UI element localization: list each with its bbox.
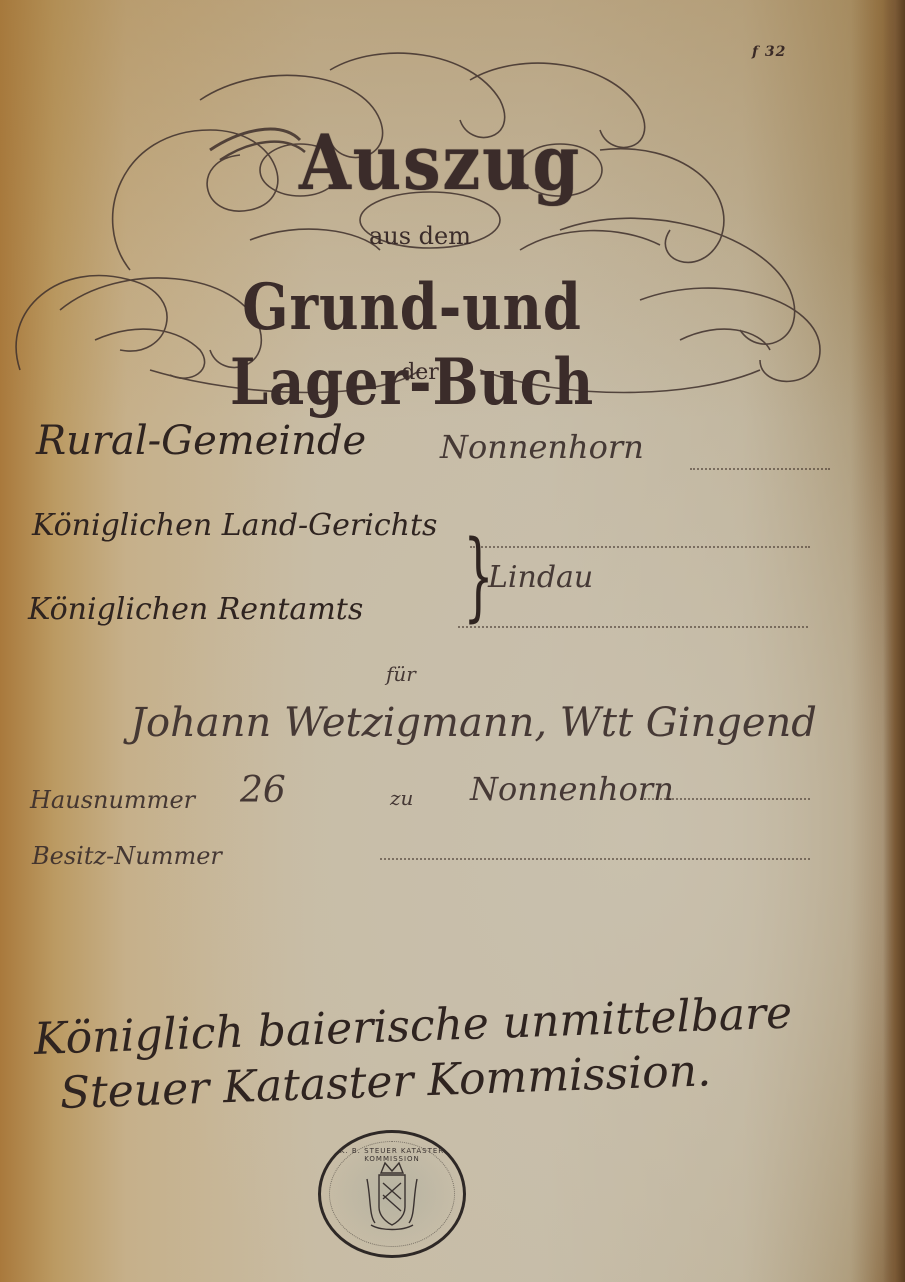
coat-of-arms-icon — [361, 1159, 423, 1235]
official-seal: K. B. STEUER KATASTER KOMMISSION — [318, 1130, 466, 1258]
municipality-label: Rural-Gemeinde — [36, 418, 366, 464]
municipality-dotted-line — [690, 468, 830, 470]
owner-name: Johann Wetzigmann, Wtt Gingend — [130, 700, 817, 746]
house-number-dotted-line — [640, 798, 810, 800]
rent-office-dotted-line — [458, 626, 808, 628]
for-label: für — [386, 662, 416, 686]
municipality-value: Nonnenhorn — [440, 428, 644, 466]
district-court-dotted-line — [470, 546, 810, 548]
book-title: Grund-und Lager-Buch — [140, 270, 684, 420]
district-court-label: Königlichen Land-Gerichts — [32, 508, 437, 543]
house-number-place: Nonnenhorn — [470, 770, 674, 808]
house-number-connector: zu — [390, 786, 413, 810]
article-der: der — [380, 360, 460, 385]
district-value: Lindau — [488, 560, 593, 595]
document-title: Auszug — [273, 118, 607, 207]
house-number-value: 26 — [240, 770, 286, 811]
rent-office-label: Königlichen Rentamts — [28, 592, 363, 627]
possession-number-dotted-line — [380, 858, 810, 860]
possession-number-label: Besitz-Nummer — [32, 842, 222, 870]
house-number-label: Hausnummer — [30, 786, 195, 814]
document-subtitle: aus dem — [340, 222, 500, 250]
